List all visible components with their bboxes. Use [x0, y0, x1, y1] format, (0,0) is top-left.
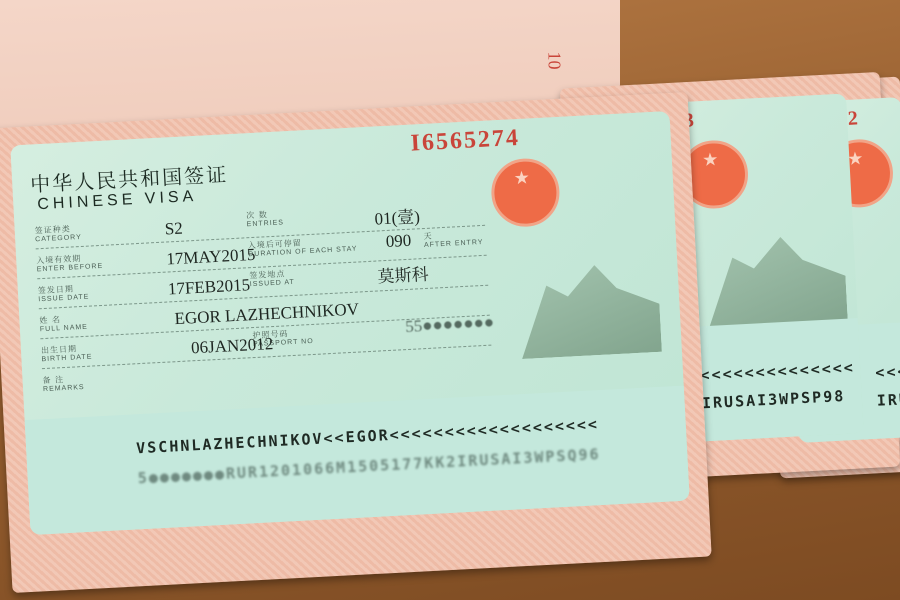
label-remarks: 备 注REMARKS: [42, 374, 85, 394]
value-duration: 090: [385, 231, 412, 252]
label-entries: 次 数ENTRIES: [246, 209, 284, 229]
visa-sticker-main: 中华人民共和国签证 CHINESE VISA I6565274 ★ 签证种类CA…: [10, 111, 690, 535]
value-category: S2: [164, 219, 183, 240]
label-issue-date: 签发日期ISSUE DATE: [38, 284, 90, 305]
page-number: 10: [544, 52, 565, 70]
label-days-after-entry: 天AFTER ENTRY: [423, 229, 483, 250]
value-issued-at: 莫斯科: [377, 260, 429, 288]
mrz-line-2: IRU: [876, 390, 900, 410]
value-issue-date: 17FEB2015: [167, 275, 250, 299]
value-birth-date: 06JAN2012: [191, 334, 274, 358]
value-full-name: EGOR LAZHECHNIKOV: [174, 300, 359, 330]
label-full-name: 姓 名FULL NAME: [39, 314, 88, 334]
label-duration: 入境后可停留DURATION OF EACH STAY: [248, 236, 358, 260]
label-enter-before: 入境有效期ENTER BEFORE: [36, 253, 103, 274]
great-wall-illustration: [516, 232, 662, 359]
label-birth-date: 出生日期BIRTH DATE: [41, 344, 93, 365]
visa-serial: I6565274: [410, 125, 521, 158]
value-entries: 01(壹): [374, 202, 421, 229]
label-issued-at: 签发地点ISSUED AT: [249, 269, 295, 289]
label-category: 签证种类CATEGORY: [35, 224, 83, 244]
national-emblem-icon: ★: [490, 157, 561, 228]
mrz-line-1: <<<: [875, 362, 900, 382]
value-enter-before: 17MAY2015: [166, 245, 256, 270]
great-wall-illustration: [702, 204, 848, 331]
